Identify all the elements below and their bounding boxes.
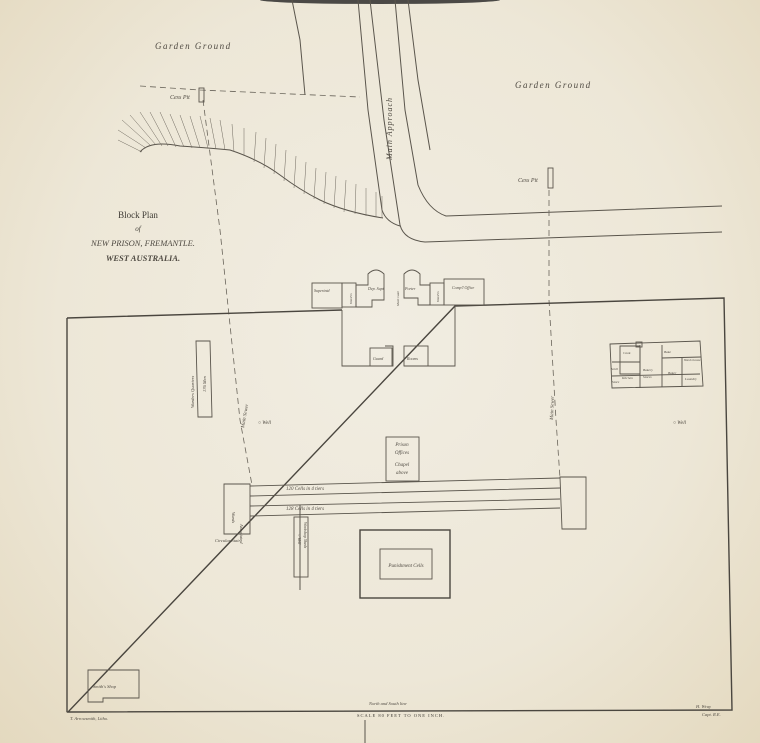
service-stores-label: Stores <box>643 375 652 379</box>
well-right-label: ○ Well <box>673 421 687 426</box>
scale-label: SCALE 80 FEET TO ONE INCH. <box>357 713 445 718</box>
title-line-4: WEST AUSTRALIA. <box>106 253 180 263</box>
service-washhouse-label: Wash house <box>684 358 701 362</box>
service-kitchen-label: Kitchen <box>621 376 633 380</box>
service-laundry-label: Laundry <box>684 377 697 381</box>
main-approach-road <box>292 0 722 242</box>
title-line-2: of <box>135 225 142 233</box>
cess-pit-right <box>548 168 553 188</box>
punishment-cells-label: Punishment Cells <box>387 564 423 569</box>
main-approach-label: Main Approach <box>385 97 394 161</box>
main-cell-block <box>224 477 586 534</box>
main-sewer-right-label: Main Sewer <box>550 396 556 421</box>
service-baker-label: Baker <box>668 371 677 375</box>
chapel-label: Chapel <box>395 463 410 468</box>
smiths-shop-label: Smith's Shop <box>93 684 117 689</box>
chapel-above-label: above <box>396 471 409 476</box>
garden-ground-left-label: Garden Ground <box>155 41 232 51</box>
main-sewer-right-line <box>549 190 560 478</box>
service-bakery-label: Bakery <box>643 368 653 372</box>
lithographer-credit: T. Arrowsmith, Litho. <box>70 716 108 722</box>
cess-pit-left-label: Cess Pit <box>170 95 190 101</box>
main-gate-label: Main Gate <box>396 290 400 307</box>
service-scull-label: Scull <box>611 367 618 371</box>
prison-block-plan: Garden Ground Garden Ground Cess Pit Ces… <box>0 0 760 743</box>
workshops-label: Workshop Sheds <box>303 522 308 549</box>
prison-offices-label-2: Offices <box>395 451 409 456</box>
signature-name: H. Wray <box>695 704 711 709</box>
outer-prison-wall <box>67 298 732 712</box>
map-sheet: Garden Ground Garden Ground Cess Pit Ces… <box>0 0 760 743</box>
comp-office-label: Comp'l Office <box>452 285 475 290</box>
hachured-slope <box>118 112 383 218</box>
cells-upper-label: 120 Cells in 4 tiers <box>286 487 324 492</box>
service-cook-label: Cook <box>623 351 631 355</box>
cells-lower-label: 128 Cells in 4 tiers <box>286 507 324 512</box>
title-line-1: Block Plan <box>118 210 158 220</box>
title-line-3: NEW PRISON, FREMANTLE. <box>90 238 195 248</box>
circular-stair-label: Circular Stair <box>215 538 240 543</box>
superintendent-label: Superintd <box>314 288 331 293</box>
associated-wards-label-2: Wards <box>231 512 236 523</box>
guard-label: Guard <box>373 356 384 361</box>
warders-count-label: 176 Men <box>202 375 207 392</box>
porter-label: Porter <box>404 286 416 291</box>
main-sewer-left-label: Main Sewer <box>241 404 250 430</box>
signature-rank: Capt. R.E. <box>702 712 721 717</box>
binding-shadow <box>260 0 500 4</box>
warders-quarters-label: Warders Quarters <box>190 375 195 408</box>
dep-supt-label: Dep. Supt <box>367 286 385 291</box>
service-bake-label: Bake <box>664 350 671 354</box>
wardens-right-label: Ward'rs <box>436 291 440 302</box>
well-small-label: ○ Well <box>297 534 302 545</box>
rooms-label: Rooms <box>406 356 418 361</box>
service-store-label: Store <box>612 380 620 384</box>
prison-offices-label: Prison <box>394 443 409 448</box>
garden-ground-right-label: Garden Ground <box>515 80 592 90</box>
cess-pit-right-label: Cess Pit <box>518 178 538 184</box>
north-south-line-label: North and South line <box>368 701 407 706</box>
well-left-label: ○ Well <box>258 421 272 426</box>
wardens-left-label: Ward'rs <box>349 293 353 304</box>
